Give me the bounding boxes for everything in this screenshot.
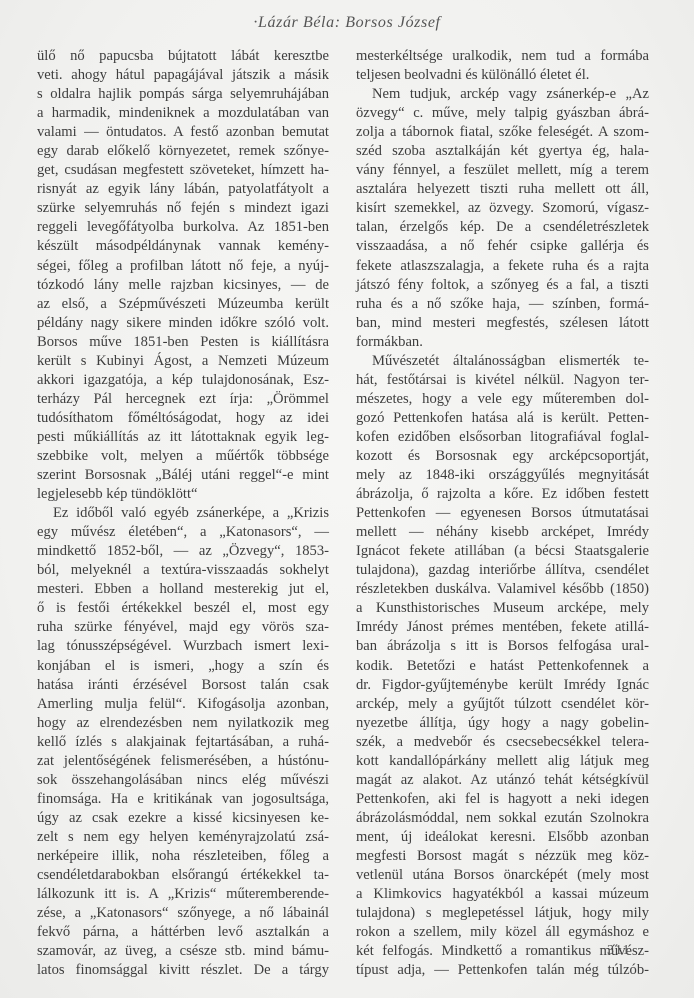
text-line: kozott és Borsosnak egy arcképcsoportját…: [356, 447, 649, 466]
text-line: hatása iránti érzésével Borsost talán cs…: [37, 676, 329, 695]
text-line: mellett — néhány kisebb arcképet, Imrédy: [356, 523, 649, 542]
text-line: Ez időből való egyéb zsánerképe, a „Kriz…: [37, 504, 329, 523]
text-line: ségei, főleg a profilban látott nő feje,…: [37, 257, 329, 276]
text-line: két felfogás. Mindkettő a romantikus műv…: [356, 942, 649, 961]
text-line: gozó Pettenkofen hatása alá is került. P…: [356, 409, 649, 428]
text-line: pesti műkiállítás az itt látottaknak egy…: [37, 428, 329, 447]
text-line: legjelesebb kép tündöklött“: [37, 485, 329, 504]
text-line: risnyát az egyik lány lábán, patyolatfát…: [37, 180, 329, 199]
text-line: finomsága. Ha e kritikának van jogosults…: [37, 790, 329, 809]
text-line: a Kunsthistorisches Museum arcképe, mely: [356, 599, 649, 618]
text-line: játszó fény foltok, a szőnyeg és a fal, …: [356, 276, 649, 295]
text-line: megfesti Borsost magát s nézzük meg köz-: [356, 847, 649, 866]
text-line: egy művész életében“, a „Katonasors“, —: [37, 523, 329, 542]
text-line: részletekben duskálva. Valamivel később …: [356, 580, 649, 599]
text-line: tózkodó lány melle rajzban kicsinyes, — …: [37, 276, 329, 295]
book-page: ·Lázár Béla: Borsos József ülő nő papucs…: [0, 0, 694, 998]
text-line: Amerling mulja felül“. Kifogásolja azonb…: [37, 695, 329, 714]
text-line: teljesen beolvadni és különálló életet é…: [356, 66, 649, 85]
text-line: s oldalra hajlik pompás sárga selyemruhá…: [37, 85, 329, 104]
text-line: kodik. Betetőzi e hatást Pettenkofennek …: [356, 657, 649, 676]
text-line: kofen ezidőben elsősorban litografiával …: [356, 428, 649, 447]
text-line: ábrázolja, ő rajzolta a kőre. Ez időben …: [356, 485, 649, 504]
text-line: példány nagy sikere minden időkre szóló …: [37, 314, 329, 333]
text-line: zolja a tábornok fiatal, szőke feleségét…: [356, 123, 649, 142]
running-head: ·Lázár Béla: Borsos József: [0, 14, 694, 32]
text-line: típust adja, — Pettenkofen talán még túl…: [356, 961, 649, 980]
text-line: konjában el is ismeri, „hogy a szín és: [37, 657, 329, 676]
text-line: Művészetét általánosságban elismerték te…: [356, 352, 649, 371]
text-line: hát, festőtársai is kivétel nélkül. Nagy…: [356, 371, 649, 390]
text-line: Pettenkofen — egyenesen Borsos útmutatás…: [356, 504, 649, 523]
text-line: szamovár, az üveg, a csésze stb. mind bá…: [37, 942, 329, 961]
text-line: rokon a szellem, mily közel áll egymásho…: [356, 923, 649, 942]
text-line: ban ábrázolja s itt is Borsos felfogása …: [356, 637, 649, 656]
text-line: fekvő párna, a háttérben levő asztalkán …: [37, 923, 329, 942]
text-line: került s Kubinyi Ágost, a Nemzeti Múzeum: [37, 352, 329, 371]
text-line: sok összehangolásában nincs elég művészi: [37, 771, 329, 790]
page-number: 311: [607, 943, 630, 959]
text-line: vetlenül utána Borsos önarcképét (mely m…: [356, 866, 649, 885]
text-line: visszaadása, a nő fehér csipke gallérja …: [356, 237, 649, 256]
text-line: fekete atlaszszalagja, a fekete ruha és …: [356, 257, 649, 276]
text-line: formákban.: [356, 333, 649, 352]
text-line: get, csudásan megfestett szöveteket, hím…: [37, 161, 329, 180]
text-line: kisírt szemekkel, az özvegy. Szomorú, ví…: [356, 199, 649, 218]
text-line: veti. ahogy hátul papagájával játszik a …: [37, 66, 329, 85]
text-line: ruha és a nő szőke haja, — színben, form…: [356, 295, 649, 314]
text-line: Borsos műve 1851-ben Pesten is kiállítás…: [37, 333, 329, 352]
text-line: Imrédy Jánost prémes mentében, fekete at…: [356, 618, 649, 637]
text-line: özvegy“ c. műve, mely talpig gyászban áb…: [356, 104, 649, 123]
text-line: zelt s nem egy helyen keményrajzolatú zs…: [37, 828, 329, 847]
text-line: tulajdona), gazdag interiőrbe állítva, c…: [356, 561, 649, 580]
text-line: ő is festői értékekkel beszél el, most e…: [37, 599, 329, 618]
text-line: nyezetbe állítja, úgy hogy a nagy gobeli…: [356, 714, 649, 733]
text-line: tulajdona) s meglepetéssel látjuk, hogy …: [356, 904, 649, 923]
text-line: csendéletdarabokban elsőrangú értékekkel…: [37, 866, 329, 885]
text-line: az első, a Szépművészeti Múzeumba került: [37, 295, 329, 314]
text-line: szebbike volt, melyen a műértők többsége: [37, 447, 329, 466]
text-line: ülő nő papucsba bújtatott lábát keresztb…: [37, 47, 329, 66]
text-line: Ignácot fekete atillában (a bécsi Staats…: [356, 542, 649, 561]
text-line: Nem tudjuk, arckép vagy zsánerkép-e „Az: [356, 85, 649, 104]
text-line: mindkettő 1852-ből, — az „Özvegy“, 1853-: [37, 542, 329, 561]
text-line: dr. Figdor-gyűjteménybe került Imrédy Ig…: [356, 676, 649, 695]
text-line: terházy Pál hercegnek ezt írja: „Örömmel: [37, 390, 329, 409]
text-line: valami — öntudatos. A festő azonban bemu…: [37, 123, 329, 142]
text-line: lag tónusszépségével. Wurzbach ismert le…: [37, 637, 329, 656]
text-line: a harmadik, mindeniknek a mozdulatában v…: [37, 104, 329, 123]
text-line: reggeli levegőfátyolba burkolva. Az 1851…: [37, 218, 329, 237]
right-text-column: mesterkéltsége uralkodik, nem tud a form…: [356, 47, 649, 980]
text-line: ruha szürke fényével, majd egy vörös sza…: [37, 618, 329, 637]
text-line: zése, a „Katonasors“ szőnyege, a nő lába…: [37, 904, 329, 923]
text-line: lálkozunk itt is. A „Krizis“ műterembere…: [37, 885, 329, 904]
text-line: ment, új ideálokat keresni. Elsőbb azonb…: [356, 828, 649, 847]
text-line: mészetes, hogy a vele egy műteremben dol…: [356, 390, 649, 409]
text-line: asztalára helyezett tiszti ruha mellett …: [356, 180, 649, 199]
text-line: szürke selyemruhás nő fején s mindezt ig…: [37, 199, 329, 218]
text-line: zat jelentőségének felismerésében, a hús…: [37, 752, 329, 771]
text-line: a Klimkovics hagyatékból a kassai múzeum: [356, 885, 649, 904]
text-line: vány fénnyel, a feszület mellett, míg a …: [356, 161, 649, 180]
text-line: egy darab előkelő környezetet, remek sző…: [37, 142, 329, 161]
left-text-column: ülő nő papucsba bújtatott lábát keresztb…: [37, 47, 329, 980]
text-line: szerint Borsosnak „Báléj utáni reggel“-e…: [37, 466, 329, 485]
text-line: ban, mind mesteri megfestés, szélesen lá…: [356, 314, 649, 333]
text-line: arckép, mely a gyűjtőt túlzott csendélet…: [356, 695, 649, 714]
text-line: kellő ízlés s alakjainak fejtartásában, …: [37, 733, 329, 752]
text-line: széd szoba asztalkáján két gyertya ég, h…: [356, 142, 649, 161]
text-line: készült másodpéldánynak vannak kemény-: [37, 237, 329, 256]
text-line: mesteri. Ebben a holland mesterekig jut …: [37, 580, 329, 599]
text-line: nerképeire illik, noha részleteiben, fől…: [37, 847, 329, 866]
text-line: ábrázolásmóddal, nem sokkal ezután Szoln…: [356, 809, 649, 828]
text-line: talan, érzelgős kép. De a csendéletrészl…: [356, 218, 649, 237]
text-line: mesterkéltsége uralkodik, nem tud a form…: [356, 47, 649, 66]
text-line: úgy az csak ezekre a kissé kicsinyesen k…: [37, 809, 329, 828]
text-line: tudósíthatom főméltóságodat, hogy az ide…: [37, 409, 329, 428]
text-line: Pettenkofen, aki fel is hagyott a neki i…: [356, 790, 649, 809]
text-line: latos finomsággal kivitt részlet. De a t…: [37, 961, 329, 980]
text-line: ból, melyeknél a textúra-visszaadás sokh…: [37, 561, 329, 580]
text-line: szék, a medvebőr és csecsebecsékkel tele…: [356, 733, 649, 752]
text-line: mely az 1848-iki országgyűlés megnyitásá…: [356, 466, 649, 485]
text-line: akkori igazgatója, a kép tulajdonosának,…: [37, 371, 329, 390]
text-line: hogy az elrendezésben nem nyilatkozik me…: [37, 714, 329, 733]
text-line: magát az alakot. Az utánzó tehát kétségk…: [356, 771, 649, 790]
text-line: kott kandallópárkány mellett alig látjuk…: [356, 752, 649, 771]
